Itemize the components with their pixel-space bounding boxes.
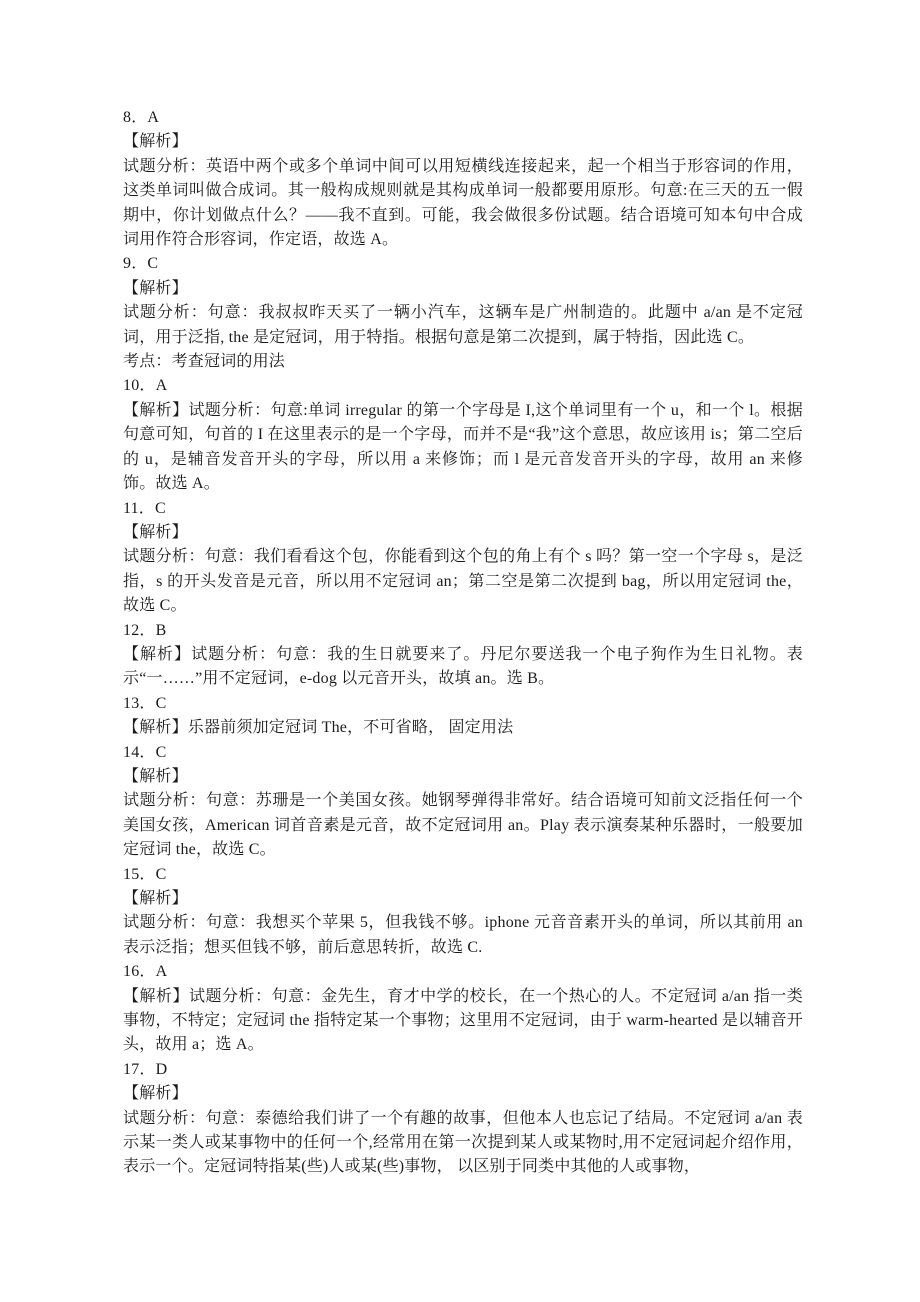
analysis-label: 【解析】: [123, 887, 803, 911]
answer-section-16: 16．A 【解析】试题分析：句意：金先生，育才中学的校长，在一个热心的人。不定冠…: [123, 960, 803, 1058]
analysis-text: 试题分析：句意：我想买个苹果 5，但我钱不够。iphone 元音音素开头的单词，…: [123, 911, 803, 960]
answer-section-13: 13．C 【解析】乐器前须加定冠词 The，不可省略， 固定用法: [123, 692, 803, 741]
answer-number: 8．A: [123, 106, 803, 130]
analysis-text: 试题分析：英语中两个或多个单词中间可以用短横线连接起来，起一个相当于形容词的作用…: [123, 155, 803, 253]
answer-section-9: 9．C 【解析】 试题分析：句意：我叔叔昨天买了一辆小汽车，这辆车是广州制造的。…: [123, 252, 803, 374]
analysis-label: 【解析】: [123, 130, 803, 154]
answer-number: 17．D: [123, 1058, 803, 1082]
analysis-text: 试题分析：句意：苏珊是一个美国女孩。她钢琴弹得非常好。结合语境可知前文泛指任何一…: [123, 789, 803, 862]
answer-section-8: 8．A 【解析】 试题分析：英语中两个或多个单词中间可以用短横线连接起来，起一个…: [123, 106, 803, 252]
analysis-text: 试题分析：句意：泰德给我们讲了一个有趣的故事，但他本人也忘记了结局。不定冠词 a…: [123, 1107, 803, 1180]
answer-number: 16．A: [123, 960, 803, 984]
answer-section-15: 15．C 【解析】 试题分析：句意：我想买个苹果 5，但我钱不够。iphone …: [123, 863, 803, 961]
answer-number: 9．C: [123, 252, 803, 276]
document-page: 8．A 【解析】 试题分析：英语中两个或多个单词中间可以用短横线连接起来，起一个…: [0, 0, 920, 1302]
analysis-text: 试题分析：句意：我们看看这个包，你能看到这个包的角上有个 s 吗？第一空一个字母…: [123, 545, 803, 618]
answer-section-10: 10．A 【解析】试题分析：句意:单词 irregular 的第一个字母是 I,…: [123, 374, 803, 496]
answer-number: 11．C: [123, 497, 803, 521]
answer-number: 10．A: [123, 374, 803, 398]
answer-number: 13．C: [123, 692, 803, 716]
answer-section-14: 14．C 【解析】 试题分析：句意：苏珊是一个美国女孩。她钢琴弹得非常好。结合语…: [123, 741, 803, 863]
answer-section-17: 17．D 【解析】 试题分析：句意：泰德给我们讲了一个有趣的故事，但他本人也忘记…: [123, 1058, 803, 1180]
analysis-text: 【解析】试题分析：句意：我的生日就要来了。丹尼尔要送我一个电子狗作为生日礼物。表…: [123, 643, 803, 692]
exam-point-text: 考点：考查冠词的用法: [123, 350, 803, 374]
analysis-text: 【解析】乐器前须加定冠词 The，不可省略， 固定用法: [123, 716, 803, 740]
analysis-text: 【解析】试题分析：句意:单词 irregular 的第一个字母是 I,这个单词里…: [123, 399, 803, 497]
analysis-label: 【解析】: [123, 1082, 803, 1106]
analysis-text: 试题分析：句意：我叔叔昨天买了一辆小汽车，这辆车是广州制造的。此题中 a/an …: [123, 301, 803, 350]
answer-number: 15．C: [123, 863, 803, 887]
answer-section-11: 11．C 【解析】 试题分析：句意：我们看看这个包，你能看到这个包的角上有个 s…: [123, 497, 803, 619]
analysis-label: 【解析】: [123, 765, 803, 789]
answer-number: 14．C: [123, 741, 803, 765]
answer-section-12: 12．B 【解析】试题分析：句意：我的生日就要来了。丹尼尔要送我一个电子狗作为生…: [123, 619, 803, 692]
analysis-label: 【解析】: [123, 521, 803, 545]
analysis-label: 【解析】: [123, 277, 803, 301]
answer-number: 12．B: [123, 619, 803, 643]
analysis-text: 【解析】试题分析：句意：金先生，育才中学的校长，在一个热心的人。不定冠词 a/a…: [123, 985, 803, 1058]
